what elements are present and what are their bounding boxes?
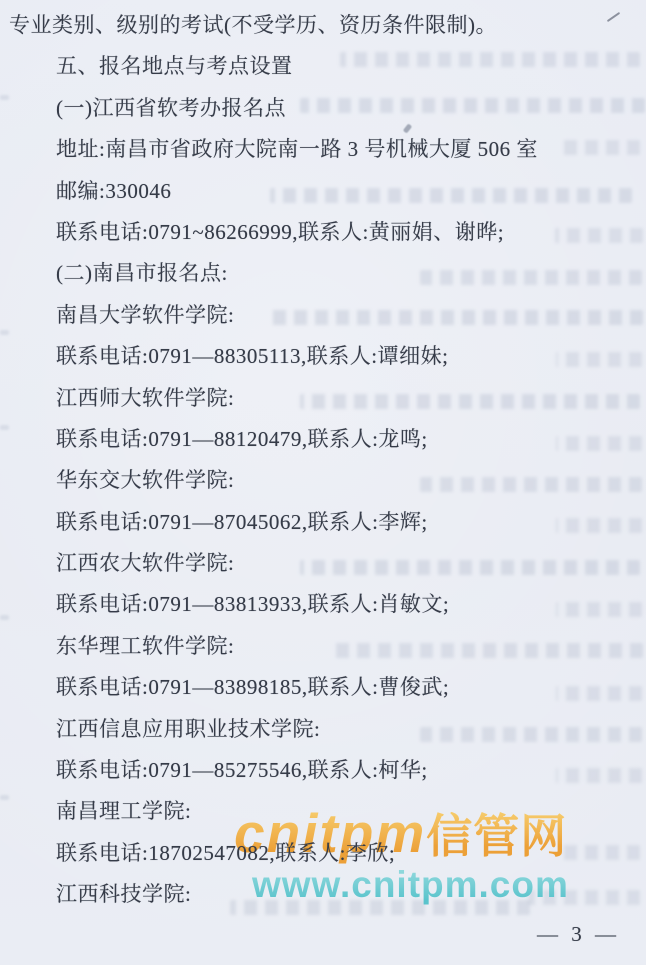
document-line-7: (二)南昌市报名点: (9, 253, 646, 294)
document-line-11: 联系电话:0791—88120479,联系人:龙鸣; (9, 419, 646, 460)
document-line-21: 联系电话:18702547082,联系人:李欣; (9, 833, 646, 874)
document-line-6: 联系电话:0791~86266999,联系人:黄丽娟、谢晔; (9, 212, 646, 253)
page-number: — 3 — (537, 922, 620, 947)
page-edge-mark (0, 425, 9, 430)
document-line-4: 地址:南昌市省政府大院南一路 3 号机械大厦 506 室 (9, 129, 646, 170)
document-line-14: 江西农大软件学院: (9, 543, 646, 584)
document-line-10: 江西师大软件学院: (9, 378, 646, 419)
document-body: 专业类别、级别的考试(不受学历、资历条件限制)。 五、报名地点与考点设置 (一)… (9, 5, 646, 916)
page-edge-mark (0, 795, 9, 800)
page-edge-mark (0, 95, 9, 100)
document-line-17: 联系电话:0791—83898185,联系人:曹俊武; (9, 667, 646, 708)
document-line-3: (一)江西省软考办报名点 (9, 88, 646, 129)
page-edge-mark (0, 615, 9, 620)
document-line-22: 江西科技学院: (9, 874, 646, 915)
document-line-5: 邮编:330046 (9, 171, 646, 212)
document-line-18: 江西信息应用职业技术学院: (9, 709, 646, 750)
document-line-20: 南昌理工学院: (9, 791, 646, 832)
document-line-16: 东华理工软件学院: (9, 626, 646, 667)
scanned-document-page: cnitpm信管网 www.cnitpm.com 专业类别、级别的考试(不受学历… (0, 0, 646, 965)
page-edge-mark (0, 330, 9, 335)
document-line-8: 南昌大学软件学院: (9, 295, 646, 336)
document-line-2: 五、报名地点与考点设置 (9, 46, 646, 87)
document-line-13: 联系电话:0791—87045062,联系人:李辉; (9, 502, 646, 543)
document-line-19: 联系电话:0791—85275546,联系人:柯华; (9, 750, 646, 791)
document-line-15: 联系电话:0791—83813933,联系人:肖敏文; (9, 584, 646, 625)
document-line-12: 华东交大软件学院: (9, 460, 646, 501)
document-line-9: 联系电话:0791—88305113,联系人:谭细妹; (9, 336, 646, 377)
document-line-1: 专业类别、级别的考试(不受学历、资历条件限制)。 (9, 5, 646, 46)
